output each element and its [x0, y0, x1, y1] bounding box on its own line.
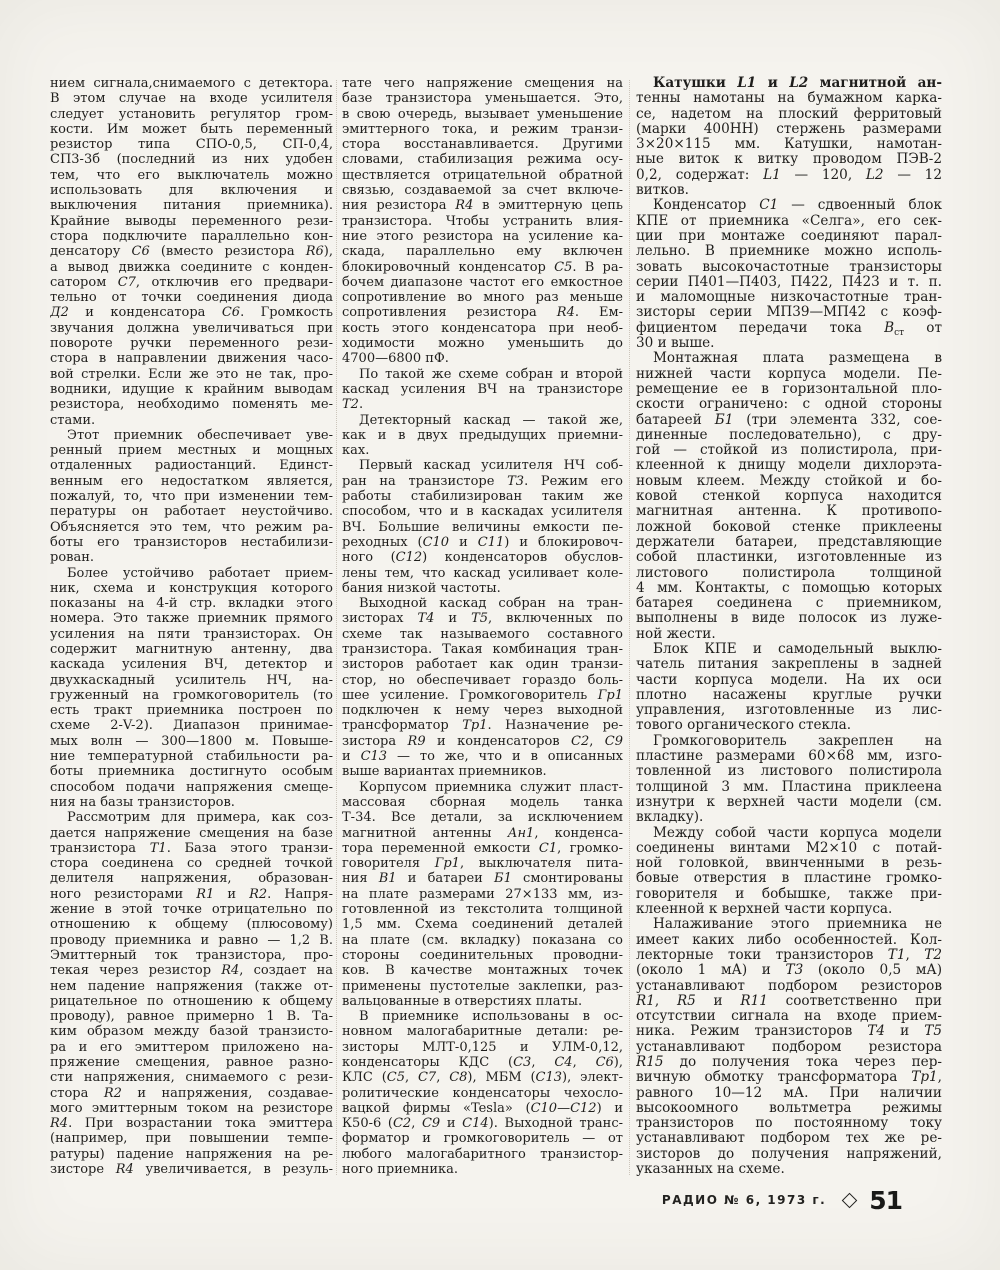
text-line: ции при монтаже соединяют парал- — [636, 229, 942, 244]
text-line: лены тем, что каскад усиливает коле- — [342, 566, 623, 581]
text-line: чатель питания закреплены в задней — [636, 657, 942, 672]
text-line: 30 и выше. — [636, 336, 942, 351]
text-line: Более устойчиво работает прием- — [50, 566, 333, 581]
text-line: готовленной из текстолита толщиной — [342, 902, 623, 917]
text-line: и С13 — то же, что и в описанных — [342, 749, 623, 764]
text-line: R4. При возрастании тока эмиттера — [50, 1116, 333, 1131]
text-line: ходимости можно уменьшить до — [342, 336, 623, 351]
text-line: блокировочный конденсатор С5. В ра- — [342, 260, 623, 275]
text-line: 4700—6800 пФ. — [342, 351, 623, 366]
text-line: тора переменной емкости С1, громко- — [342, 841, 623, 856]
text-line: транзистора. Такая комбинация тран- — [342, 642, 623, 657]
text-line: отношению к общему (плюсовому) — [50, 917, 333, 932]
text-line: делителя напряжения, образован- — [50, 871, 333, 886]
text-line: вичную обмотку трансформатора Тр1, — [636, 1070, 942, 1085]
text-line: клеенной к днищу модели дихлорэта- — [636, 458, 942, 473]
text-line: проводу приемника и равно — 1,2 В. — [50, 933, 333, 948]
text-line: высокоомного вольтметра режимы — [636, 1101, 942, 1116]
text-line: ния на базы транзисторов. — [50, 795, 333, 810]
text-line: базе транзистора уменьшается. Это, — [342, 91, 623, 106]
text-line: Детекторный каскад — такой же, — [342, 413, 623, 428]
text-line: КПЕ от приемника «Селга», его сек- — [636, 214, 942, 229]
text-line: указанных на схеме. — [636, 1162, 942, 1177]
text-line: товленной из листового полистирола — [636, 764, 942, 779]
text-line: диненные последовательно), с дру- — [636, 428, 942, 443]
paragraph: Выходной каскад собран на тран-зисторах … — [342, 596, 623, 780]
text-line: устанавливают подбором тех же ре- — [636, 1131, 942, 1146]
text-line: подключен к нему через выходной — [342, 703, 623, 718]
text-line: (например, при повышении темпе- — [50, 1131, 333, 1146]
paragraph: Корпусом приемника служит пласт-массовая… — [342, 780, 623, 1009]
text-line: стор, но обеспечивает гораздо боль- — [342, 673, 623, 688]
text-line: эмиттерного тока, и режим транзи- — [342, 122, 623, 137]
text-line: сатором С7, отключив его предвари- — [50, 275, 333, 290]
text-line: Между собой части корпуса модели — [636, 826, 942, 841]
text-line: выше вариантах приемников. — [342, 764, 623, 779]
text-line: и маломощные низкочастотные тран- — [636, 290, 942, 305]
text-line: Конденсатор С1 — сдвоенный блок — [636, 198, 942, 213]
text-line: пожалуй, то, что при изменении тем- — [50, 489, 333, 504]
text-line: венным его недостатком является, — [50, 474, 333, 489]
text-line: ролитические конденсаторы чехосло- — [342, 1086, 623, 1101]
text-line: схеме 2-V-2). Диапазон принимае- — [50, 718, 333, 733]
text-line: говорителя и бобышке, также при- — [636, 887, 942, 902]
text-line: Эмиттерный ток транзистора, про- — [50, 948, 333, 963]
text-line: применены пустотелые заклепки, раз- — [342, 979, 623, 994]
text-line: тем, что его выключатель можно — [50, 168, 333, 183]
text-line: равного 10—12 мА. При наличии — [636, 1086, 942, 1101]
text-column-3: Катушки L1 и L2 магнитной ан-тенны намот… — [636, 76, 942, 1177]
text-line: стора соединена со средней точкой — [50, 856, 333, 871]
paragraph: Рассмотрим для примера, как соз-дается н… — [50, 810, 333, 1177]
text-line: груженный на громкоговоритель (то — [50, 688, 333, 703]
text-line: ра и его эмиттером приложено на- — [50, 1040, 333, 1055]
magazine-page: нием сигнала,снимаемого с детектора.В эт… — [0, 0, 1000, 1270]
text-line: Т2. — [342, 397, 623, 412]
text-line: резистора, необходимо поменять ме- — [50, 397, 333, 412]
text-line: Блок КПЕ и самодельный выклю- — [636, 642, 942, 657]
text-line: магнитной антенны Ан1, конденса- — [342, 826, 623, 841]
text-line: новном малогабаритные детали: ре- — [342, 1024, 623, 1039]
paragraph: Первый каскад усилителя НЧ соб-ран на тр… — [342, 458, 623, 596]
text-line: есть тракт приемника построен по — [50, 703, 333, 718]
text-line: ного приемника. — [342, 1162, 623, 1177]
text-line: соединены винтами М2×10 с потай- — [636, 841, 942, 856]
text-line: (около 1 мА) и Т3 (около 0,5 мА) — [636, 963, 942, 978]
text-column-1: нием сигнала,снимаемого с детектора.В эт… — [50, 76, 333, 1177]
page-number: 51 — [869, 1186, 902, 1215]
text-line: бания низкой частоты. — [342, 581, 623, 596]
paragraph: Более устойчиво работает прием-ник, схем… — [50, 566, 333, 811]
text-line: показаны на 4-й стр. вкладки этого — [50, 596, 333, 611]
text-line: пластине размерами 60×68 мм, изго- — [636, 749, 942, 764]
text-line: новым клеем. Между стойкой и бо- — [636, 474, 942, 489]
text-line: кость этого конденсатора при необ- — [342, 321, 623, 336]
text-line: любого малогабаритного транзистор- — [342, 1147, 623, 1162]
paragraph: нием сигнала,снимаемого с детектора.В эт… — [50, 76, 333, 428]
text-line: ществляется отрицательной обратной — [342, 168, 623, 183]
text-line: в свою очередь, вызывает уменьшение — [342, 107, 623, 122]
paragraph: В приемнике использованы в ос-новном мал… — [342, 1009, 623, 1177]
text-line: батареей Б1 (три элемента 332, сое- — [636, 413, 942, 428]
text-line: ренный прием местных и мощных — [50, 443, 333, 458]
paragraph: Громкоговоритель закреплен напластине ра… — [636, 734, 942, 826]
text-line: зовать высокочастотные транзисторы — [636, 260, 942, 275]
text-line: Объясняется это тем, что режим ра- — [50, 520, 333, 535]
text-line: ник, схема и конструкция которого — [50, 581, 333, 596]
diamond-icon — [842, 1192, 858, 1208]
text-line: Крайние выводы переменного рези- — [50, 214, 333, 229]
text-line: Громкоговоритель закреплен на — [636, 734, 942, 749]
text-line: Корпусом приемника служит пласт- — [342, 780, 623, 795]
text-line: текая через резистор R4, создает на — [50, 963, 333, 978]
text-line: способом, что и в каскадах усилителя — [342, 504, 623, 519]
text-line: выключения питания приемника). — [50, 198, 333, 213]
text-line: сопротивление во много раз меньше — [342, 290, 623, 305]
text-line: устанавливают подбором резистора — [636, 1040, 942, 1055]
text-line: бовые отверстия в пластине громко- — [636, 871, 942, 886]
text-line: использовать для включения и — [50, 183, 333, 198]
text-line: пряжение смещения, равное разно- — [50, 1055, 333, 1070]
text-line: серии П401—П403, П422, П423 и т. п. — [636, 275, 942, 290]
text-line: устанавливают подбором резисторов — [636, 979, 942, 994]
text-line: конденсаторы КДС (С3, С4, С6), — [342, 1055, 623, 1070]
text-line: нием сигнала,снимаемого с детектора. — [50, 76, 333, 91]
text-line: словами, стабилизация режима осу- — [342, 152, 623, 167]
text-line: лельно. В приемнике можно исполь- — [636, 244, 942, 259]
text-line: ния резистора R4 в эмиттерную цепь — [342, 198, 623, 213]
text-line: лекторные токи транзисторов Т1, Т2 — [636, 948, 942, 963]
text-line: Катушки L1 и L2 магнитной ан- — [636, 76, 942, 91]
text-line: сти напряжения, снимаемого с рези- — [50, 1070, 333, 1085]
text-line: нижней части корпуса модели. Пе- — [636, 367, 942, 382]
text-line: 0,2, содержат: L1 — 120, L2 — 12 — [636, 168, 942, 183]
paragraph: Катушки L1 и L2 магнитной ан-тенны намот… — [636, 76, 942, 198]
text-line: форматор и громкоговоритель — от — [342, 1131, 623, 1146]
paragraph: Этот приемник обеспечивает уве-ренный пр… — [50, 428, 333, 566]
text-line: магнитная антенна. К противопо- — [636, 504, 942, 519]
text-line: ние температурной стабильности ра- — [50, 749, 333, 764]
text-line: сопротивления резистора R4. Ем- — [342, 305, 623, 320]
text-line: ках. — [342, 443, 623, 458]
text-line: R1, R5 и R11 соответственно при — [636, 994, 942, 1009]
text-line: фициентом передачи тока Вст от — [636, 321, 942, 336]
text-line: кости. Им может быть переменный — [50, 122, 333, 137]
text-line: бочем диапазоне частот его емкостное — [342, 275, 623, 290]
text-line: на плате (см. вкладку) показана со — [342, 933, 623, 948]
text-line: ные виток к витку проводом ПЭВ-2 — [636, 152, 942, 167]
text-line: трансформатор Тр1. Назначение ре- — [342, 718, 623, 733]
text-line: мого эмиттерным током на резисторе — [50, 1101, 333, 1116]
text-line: ран на транзисторе Т3. Режим его — [342, 474, 623, 489]
text-line: ной головкой, ввинченными в резь- — [636, 856, 942, 871]
text-line: ния В1 и батареи Б1 смонтированы — [342, 871, 623, 886]
text-line: каскад усиления ВЧ на транзисторе — [342, 382, 623, 397]
text-line: стора в направлении движения часо- — [50, 351, 333, 366]
text-line: денсатору С6 (вместо резистора R6), — [50, 244, 333, 259]
text-line: КЛС (С5, С7, С8), МБМ (С13), элект- — [342, 1070, 623, 1085]
text-line: жение в этой точке отрицательно по — [50, 902, 333, 917]
text-line: способом подачи напряжения смеще- — [50, 780, 333, 795]
text-line: СП3-3б (последний из них удобен — [50, 152, 333, 167]
text-line: на плате размерами 27×133 мм, из- — [342, 887, 623, 902]
page-footer: РАДИО № 6, 1973 г. 51 — [560, 1185, 930, 1215]
text-line: номера. Это также приемник прямого — [50, 611, 333, 626]
text-line: связью, создаваемой за счет включе- — [342, 183, 623, 198]
text-line: В этом случае на входе усилителя — [50, 91, 333, 106]
text-line: зисторах Т4 и Т5, включенных по — [342, 611, 623, 626]
text-line: (марки 400НН) стержень размерами — [636, 122, 942, 137]
text-line: нем падение напряжения (также от- — [50, 979, 333, 994]
text-line: рицательное по отношению к общему — [50, 994, 333, 1009]
journal-issue-label: РАДИО № 6, 1973 г. — [662, 1193, 826, 1207]
text-line: дается напряжение смещения на базе — [50, 826, 333, 841]
text-line: отсутствии сигнала на входе прием- — [636, 1009, 942, 1024]
text-line: выполнены в виде полосок из луже- — [636, 611, 942, 626]
text-line: зистора R9 и конденсаторов С2, С9 — [342, 734, 623, 749]
text-line: двухкаскадный усилитель НЧ, на- — [50, 673, 333, 688]
text-line: зисторы серии МП39—МП42 с коэф- — [636, 305, 942, 320]
text-column-2: тате чего напряжение смещения набазе тра… — [342, 76, 623, 1177]
text-line: усиления на пяти транзисторах. Он — [50, 627, 333, 642]
text-line: клеенной к верхней части корпуса. — [636, 902, 942, 917]
text-line: резистор типа СПО-0,5, СП-0,4, — [50, 137, 333, 152]
text-line: зисторы МЛТ-0,125 и УЛМ-0,12, — [342, 1040, 623, 1055]
paragraph: тате чего напряжение смещения набазе тра… — [342, 76, 623, 367]
text-line: собой пластинки, изготовленные из — [636, 550, 942, 565]
text-line: транзистора. Чтобы устранить влия- — [342, 214, 623, 229]
text-line: водники, идущие к крайним выводам — [50, 382, 333, 397]
text-line: гой — стойкой из полистирола, при- — [636, 443, 942, 458]
text-line: Этот приемник обеспечивает уве- — [50, 428, 333, 443]
text-line: имеет каких либо особенностей. Кол- — [636, 933, 942, 948]
text-line: Выходной каскад собран на тран- — [342, 596, 623, 611]
text-line: тового органического стекла. — [636, 718, 942, 733]
text-line: ного (С12) конденсаторов обуслов- — [342, 550, 623, 565]
text-line: а вывод движка соедините с конден- — [50, 260, 333, 275]
text-line: повороте ручки переменного рези- — [50, 336, 333, 351]
text-line: рован. — [50, 550, 333, 565]
text-line: тате чего напряжение смещения на — [342, 76, 623, 91]
text-line: стора подключите параллельно кон- — [50, 229, 333, 244]
text-line: Рассмотрим для примера, как соз- — [50, 810, 333, 825]
text-line: Т-34. Все детали, за исключением — [342, 810, 623, 825]
text-line: толщиной 3 мм. Пластина приклеена — [636, 780, 942, 795]
column-divider — [336, 80, 337, 1175]
text-line: зисторе R4 увеличивается, в резуль- — [50, 1162, 333, 1177]
text-line: вальцованные в отверстиях платы. — [342, 994, 623, 1009]
text-line: листового полистирола толщиной — [636, 566, 942, 581]
text-line: говорителя Гр1, выключателя пита- — [342, 856, 623, 871]
text-line: R15 до получения тока через пер- — [636, 1055, 942, 1070]
text-line: вкладку). — [636, 810, 942, 825]
text-line: ного резисторами R1 и R2. Напря- — [50, 887, 333, 902]
text-line: содержит магнитную антенну, два — [50, 642, 333, 657]
text-line: По такой же схеме собран и второй — [342, 367, 623, 382]
column-divider — [629, 80, 630, 1175]
text-line: шее усиление. Громкоговоритель Гр1 — [342, 688, 623, 703]
paragraph: Монтажная плата размещена внижней части … — [636, 351, 942, 642]
text-line: схеме так называемого составного — [342, 627, 623, 642]
text-line: держатели батареи, представляющие — [636, 535, 942, 550]
text-line: В приемнике использованы в ос- — [342, 1009, 623, 1024]
text-line: отдаленных радиостанций. Единст- — [50, 458, 333, 473]
text-line: проводу), равное примерно 1 В. Та- — [50, 1009, 333, 1024]
text-line: 3×20×115 мм. Катушки, намотан- — [636, 137, 942, 152]
text-line: тенны намотаны на бумажном карка- — [636, 91, 942, 106]
text-line: транзистора Т1. База этого транзи- — [50, 841, 333, 856]
text-line: мых волн — 300—1800 м. Повыше- — [50, 734, 333, 749]
text-line: 4 мм. Контакты, с помощью которых — [636, 581, 942, 596]
text-line: работы стабилизирован таким же — [342, 489, 623, 504]
text-line: массовая сборная модель танка — [342, 795, 623, 810]
text-line: зисторов до получения напряжений, — [636, 1147, 942, 1162]
text-line: части корпуса модели. На их оси — [636, 673, 942, 688]
text-line: управления, изготовленные из лис- — [636, 703, 942, 718]
text-line: ратуры) падение напряжения на ре- — [50, 1147, 333, 1162]
text-line: реходных (С10 и С11) и блокировоч- — [342, 535, 623, 550]
paragraph: По такой же схеме собран и второйкаскад … — [342, 367, 623, 413]
text-line: витков. — [636, 183, 942, 198]
text-line: ника. Режим транзисторов Т4 и Т5 — [636, 1024, 942, 1039]
text-line: ковой стенкой корпуса находится — [636, 489, 942, 504]
text-line: К50-6 (С2, С9 и С14). Выходной транс- — [342, 1116, 623, 1131]
text-line: скости ограничено: с одной стороны — [636, 397, 942, 412]
text-line: боты приемника достигнуто особым — [50, 764, 333, 779]
text-line: стора R2 и напряжения, создавае- — [50, 1086, 333, 1101]
text-line: звучания должна увеличиваться при — [50, 321, 333, 336]
text-line: ким образом между базой транзисто- — [50, 1024, 333, 1039]
paragraph: Конденсатор С1 — сдвоенный блокКПЕ от пр… — [636, 198, 942, 351]
text-line: боты его транзисторов нестабилизи- — [50, 535, 333, 550]
text-line: вацкой фирмы «Tesla» (С10—С12) и — [342, 1101, 623, 1116]
paragraph: Налаживание этого приемника неимеет каки… — [636, 917, 942, 1177]
text-line: Д2 и конденсатора С6. Громкость — [50, 305, 333, 320]
text-line: транзисторов по постоянному току — [636, 1116, 942, 1131]
text-line: как и в двух предыдущих приемни- — [342, 428, 623, 443]
text-line: ремещение ее в горизонтальной пло- — [636, 382, 942, 397]
text-line: батарея соединена с приемником, — [636, 596, 942, 611]
paragraph: Блок КПЕ и самодельный выклю-чатель пита… — [636, 642, 942, 734]
text-line: следует установить регулятор гром- — [50, 107, 333, 122]
text-line: Монтажная плата размещена в — [636, 351, 942, 366]
text-line: стороны соединительных проводни- — [342, 948, 623, 963]
text-line: ков. В качестве монтажных точек — [342, 963, 623, 978]
text-line: плотно насажены круглые ручки — [636, 688, 942, 703]
text-line: ние этого резистора на усиление ка- — [342, 229, 623, 244]
text-line: Первый каскад усилителя НЧ соб- — [342, 458, 623, 473]
text-line: пературы он работает неустойчиво. — [50, 504, 333, 519]
text-line: вой стрелки. Если же это не так, про- — [50, 367, 333, 382]
text-line: Налаживание этого приемника не — [636, 917, 942, 932]
text-line: се, надетом на плоский ферритовый — [636, 107, 942, 122]
text-line: каскада усиления ВЧ, детектор и — [50, 657, 333, 672]
text-line: стора восстанавливается. Другими — [342, 137, 623, 152]
text-line: ной жести. — [636, 627, 942, 642]
text-line: скада, параллельно ему включен — [342, 244, 623, 259]
paragraph: Между собой части корпуса моделисоединен… — [636, 826, 942, 918]
paragraph: Детекторный каскад — такой же,как и в дв… — [342, 413, 623, 459]
text-line: 1,5 мм. Схема соединений деталей — [342, 917, 623, 932]
text-line: стами. — [50, 413, 333, 428]
text-line: ВЧ. Большие величины емкости пе- — [342, 520, 623, 535]
text-line: зисторов работает как один транзи- — [342, 657, 623, 672]
text-line: изнутри к верхней части модели (см. — [636, 795, 942, 810]
text-line: тельно от точки соединения диода — [50, 290, 333, 305]
text-line: ложной боковой стенке приклеены — [636, 520, 942, 535]
